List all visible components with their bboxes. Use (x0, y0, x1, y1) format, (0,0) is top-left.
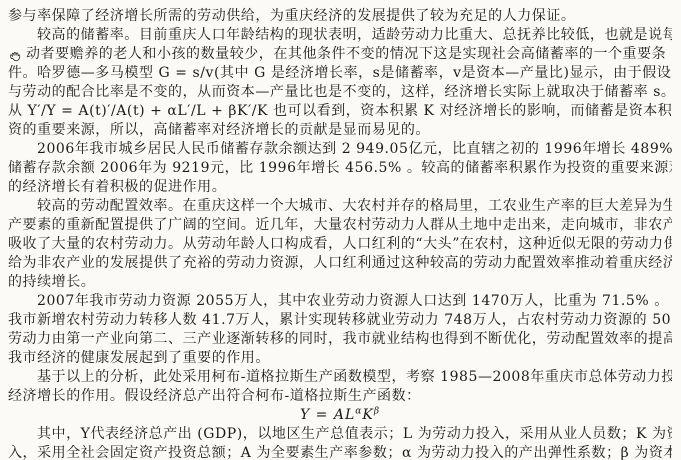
text-line: 较高的劳动配置效率。在重庆这样一个大城市、大农村并存的格局里，工农业生产率的巨大… (8, 197, 672, 216)
text-line: 基于以上的分析，此处采用柯布-道格拉斯生产函数模型，考察 1985—2008年重… (8, 368, 672, 387)
text-line: 较高的储蓄率。目前重庆人口年龄结构的现状表明，适龄劳动力比重大、总抚养比较低，也… (8, 26, 672, 45)
text-line: 劳动力由第一产业向第二、三产业逐渐转移的同时，我市就业结构也得到不断优化，劳动配… (8, 330, 672, 349)
text-line: 其中，Y代表经济总产出 (GDP)，以地区生产总值表示；L 为劳动力投入，采用从… (8, 425, 672, 444)
cobb-douglas-formula: Y = ALαKβ (8, 406, 672, 425)
text-line: 储蓄存款余额 2006年为 9219元，比 1996年增长 456.5% 。较高… (8, 159, 672, 178)
formula-exponent-beta: β (374, 406, 380, 416)
formula-base-1: Y = AL (300, 407, 355, 423)
text-line: 的持续增长。 (8, 273, 672, 292)
text-line: 我市经济的健康发展起到了重要的作用。 (8, 349, 672, 368)
formula-base-2: K (362, 407, 373, 423)
text-line: 从 Y′/Y = A(t)′/A(t) + αL′/L + βK′/K 也可以看… (8, 102, 672, 121)
text-line: 件。哈罗德—多马模型 G = s/v(其中 G 是经济增长率，s是储蓄率，v是资… (8, 64, 672, 83)
text-line: 动者要赡养的老人和小孩的数量较少，在其他条件不变的情况下这是实现社会高储蓄率的一… (8, 45, 672, 64)
text-line: 给为非农产业的发展提供了充裕的劳动力资源，人口红利通过这种较高的劳动力配置效率推… (8, 254, 672, 273)
text-line: 资的重要来源，所以，高储蓄率对经济增长的贡献是显而易见的。 (8, 121, 672, 140)
text-line: 吸收了大量的农村劳动力。从劳动年龄人口构成看，人口红利的“大头”在农村，这种近似… (8, 235, 672, 254)
text-line-content: 动者要赡养的老人和小孩的数量较少，在其他条件不变的情况下这是实现社会高储蓄率的一… (26, 46, 666, 62)
text-line: 参与率保障了经济增长所需的劳动供给，为重庆经济的发展提供了较为充足的人力保证。 (8, 7, 672, 26)
text-line: 入，采用全社会固定资产投资总额；A 为全要素生产率参数；α 为劳动力投入的产出弹… (8, 444, 672, 460)
text-line: 与劳动的配合比率是不变的，从而资本—产量比也是不变的，这样，经济增长实际上就取决… (8, 83, 672, 102)
text-line: 经济增长的作用。假设经济总产出符合柯布-道格拉斯生产函数： (8, 387, 672, 406)
hand-grab-cursor-icon (8, 47, 24, 64)
text-line: 2006年我市城乡居民人民币储蓄存款余额达到 2 949.05亿元，比直辖之初的… (8, 140, 672, 159)
text-line: 产要素的重新配置提供了广阔的空间。近几年，大量农村劳动力人群从土地中走出来，走向… (8, 216, 672, 235)
text-line: 我市新增农村劳动力转移人数 41.7万人，累计实现转移就业劳动力 748万人，占… (8, 311, 672, 330)
text-line: 的经济增长有着积极的促进作用。 (8, 178, 672, 197)
paper-page: 参与率保障了经济增长所需的劳动供给，为重庆经济的发展提供了较为充足的人力保证。 … (0, 0, 681, 460)
text-line: 2007年我市劳动力资源 2055万人，其中农业劳动力资源人口达到 1470万人… (8, 292, 672, 311)
